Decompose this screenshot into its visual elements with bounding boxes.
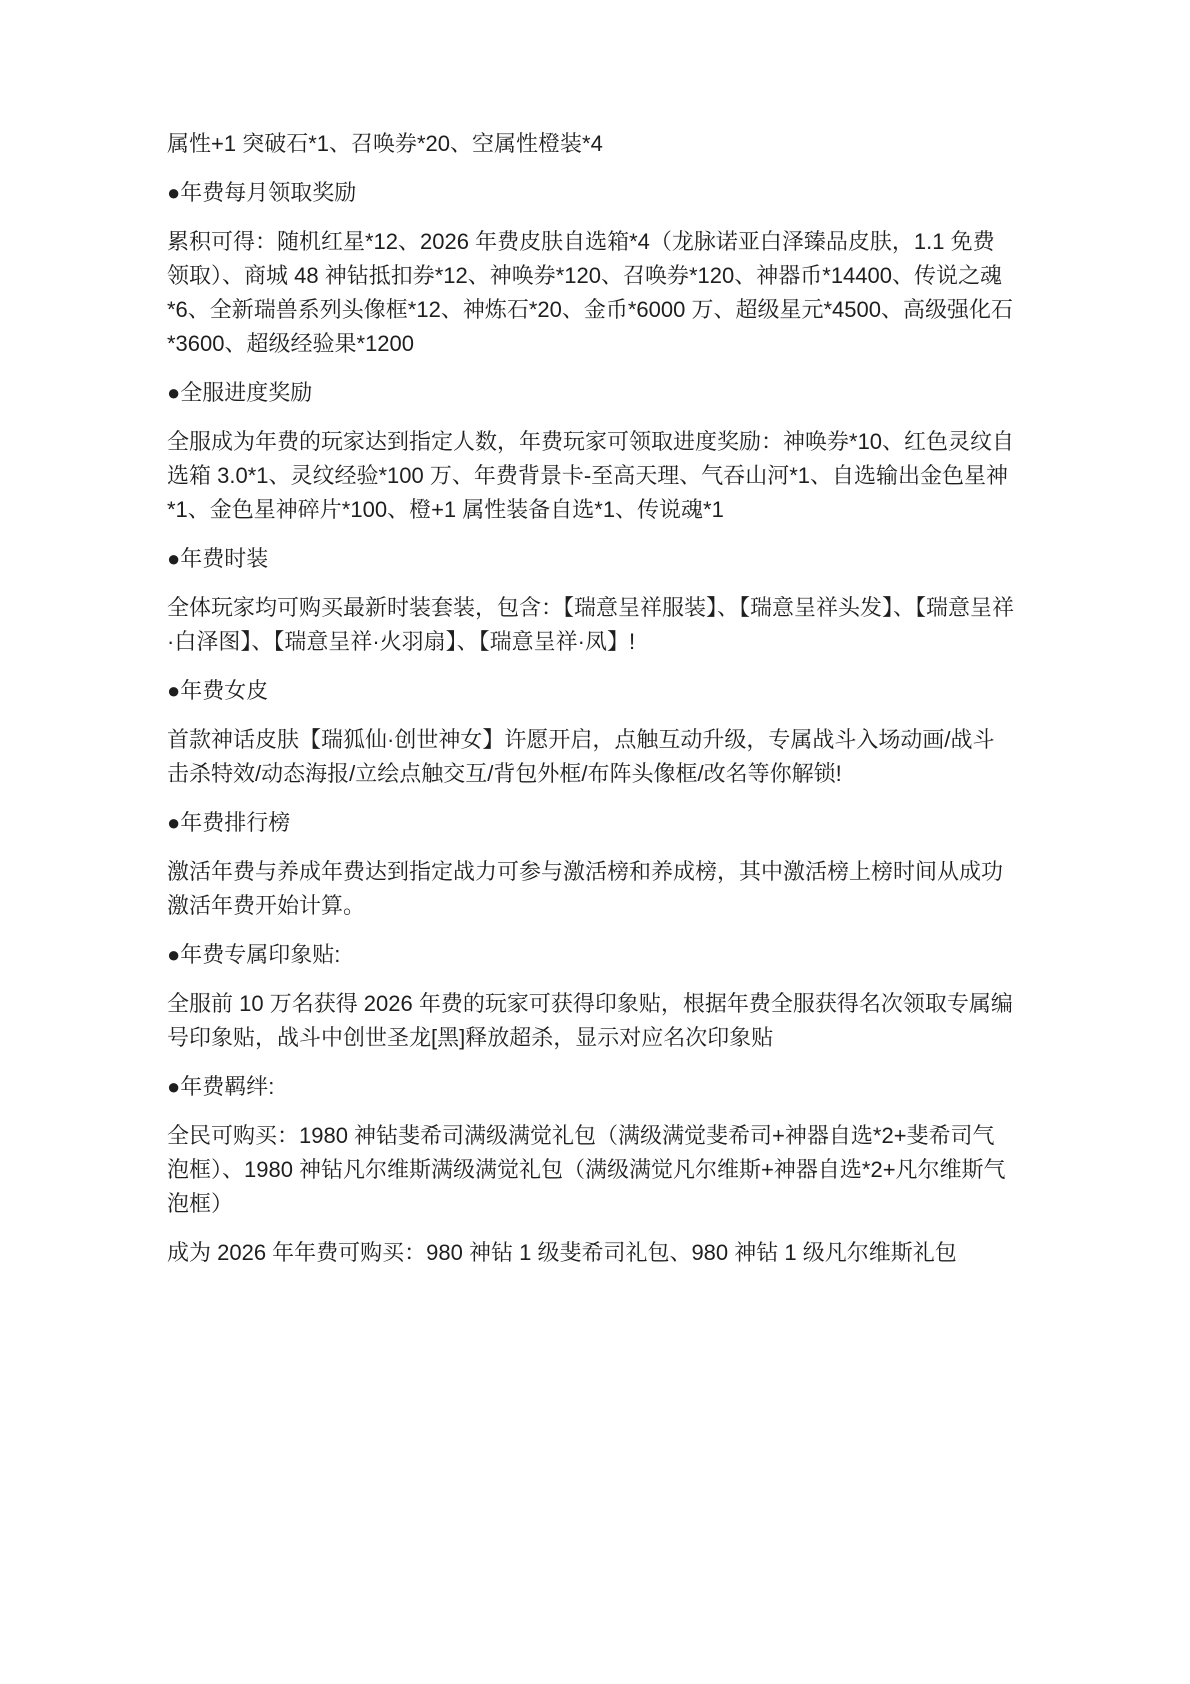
paragraph-continuation-items: 属性+1 突破石*1、召唤券*20、空属性橙装*4: [167, 127, 1015, 161]
paragraph-annual-fashion: 全体玩家均可购买最新时装套装，包含：【瑞意呈祥服装】、【瑞意呈祥头发】、【瑞意呈…: [167, 591, 1015, 659]
heading-annual-fashion: ●年费时装: [167, 542, 1015, 576]
paragraph-annual-bond-packs: 全民可购买：1980 神钻斐希司满级满觉礼包（满级满觉斐希司+神器自选*2+斐希…: [167, 1119, 1015, 1221]
heading-annual-leaderboard: ●年费排行榜: [167, 806, 1015, 840]
paragraph-annual-leaderboard: 激活年费与养成年费达到指定战力可参与激活榜和养成榜，其中激活榜上榜时间从成功激活…: [167, 855, 1015, 923]
paragraph-server-progress-rewards: 全服成为年费的玩家达到指定人数，年费玩家可领取进度奖励：神唤券*10、红色灵纹自…: [167, 425, 1015, 527]
paragraph-annual-purchase-options: 成为 2026 年年费可购买：980 神钻 1 级斐希司礼包、980 神钻 1 …: [167, 1236, 1015, 1270]
heading-impression-sticker: ●年费专属印象贴:: [167, 938, 1015, 972]
heading-monthly-rewards: ●年费每月领取奖励: [167, 176, 1015, 210]
heading-annual-female-skin: ●年费女皮: [167, 674, 1015, 708]
paragraph-annual-female-skin: 首款神话皮肤【瑞狐仙·创世神女】许愿开启，点触互动升级，专属战斗入场动画/战斗击…: [167, 723, 1015, 791]
document-content: 属性+1 突破石*1、召唤券*20、空属性橙装*4 ●年费每月领取奖励 累积可得…: [167, 127, 1015, 1285]
paragraph-impression-sticker: 全服前 10 万名获得 2026 年费的玩家可获得印象贴，根据年费全服获得名次领…: [167, 987, 1015, 1055]
heading-server-progress-rewards: ●全服进度奖励: [167, 376, 1015, 410]
heading-annual-bond: ●年费羁绊:: [167, 1070, 1015, 1104]
document-page: 属性+1 突破石*1、召唤券*20、空属性橙装*4 ●年费每月领取奖励 累积可得…: [0, 0, 1190, 1684]
paragraph-monthly-rewards: 累积可得：随机红星*12、2026 年费皮肤自选箱*4（龙脉诺亚白泽臻品皮肤，1…: [167, 225, 1015, 361]
